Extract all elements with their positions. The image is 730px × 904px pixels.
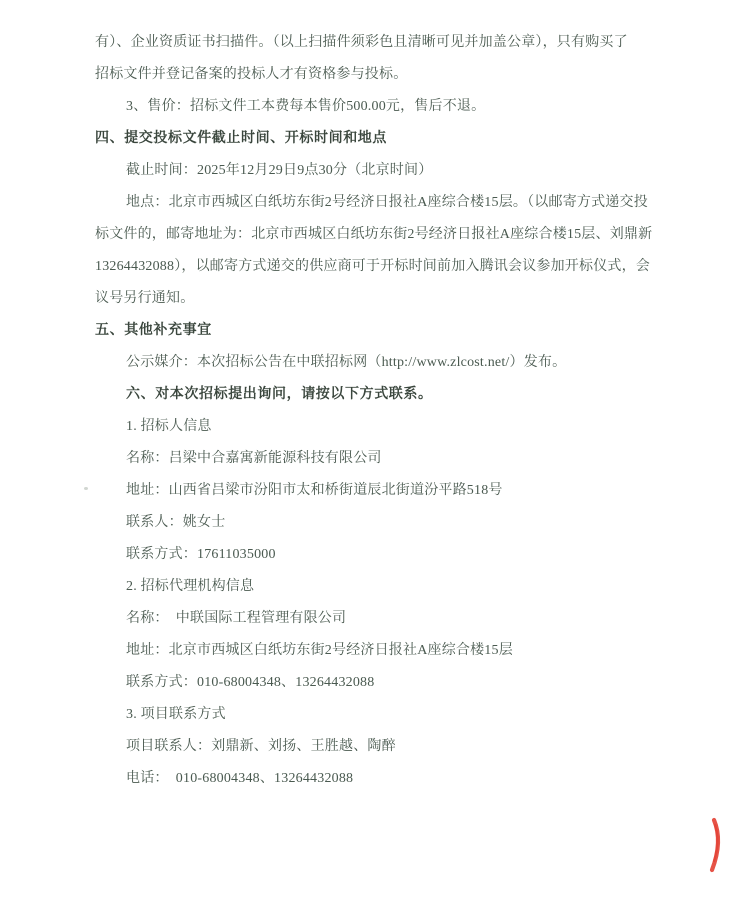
heading-section-6: 六、对本次招标提出询问，请按以下方式联系。 — [95, 379, 655, 411]
document-body: 有）、企业资质证书扫描件。（以上扫描件须彩色且清晰可见并加盖公章），只有购买了 … — [95, 27, 655, 795]
heading-section-4: 四、提交投标文件截止时间、开标时间和地点 — [95, 123, 655, 155]
red-seal-stroke-icon — [702, 813, 726, 877]
line-location-4: 议号另行通知。 — [95, 283, 655, 315]
line-deadline: 截止时间：2025年12月29日9点30分（北京时间） — [95, 155, 655, 187]
line-location-1: 地点：北京市西城区白纸坊东街2号经济日报社A座综合楼15层。（以邮寄方式递交投 — [95, 187, 655, 219]
line-price: 3、售价：招标文件工本费每本售价500.00元，售后不退。 — [95, 91, 655, 123]
line-bidder-name: 名称：吕梁中合嘉寓新能源科技有限公司 — [95, 443, 655, 475]
line-project-contact-title: 3. 项目联系方式 — [95, 699, 655, 731]
line-project-contacts: 项目联系人：刘鼎新、刘扬、王胜越、陶醉 — [95, 731, 655, 763]
line-agency-info-title: 2. 招标代理机构信息 — [95, 571, 655, 603]
line-agency-name: 名称： 中联国际工程管理有限公司 — [95, 603, 655, 635]
line-agency-phone: 联系方式：010-68004348、13264432088 — [95, 667, 655, 699]
line-location-3: 13264432088），以邮寄方式递交的供应商可于开标时间前加入腾讯会议参加开… — [95, 251, 655, 283]
line-project-phone: 电话： 010-68004348、13264432088 — [95, 763, 655, 795]
line-registration-note: 招标文件并登记备案的投标人才有资格参与投标。 — [95, 59, 655, 91]
line-bidder-contact-person: 联系人：姚女士 — [95, 507, 655, 539]
scan-artifact-dot — [84, 487, 88, 490]
scanned-document-page: 有）、企业资质证书扫描件。（以上扫描件须彩色且清晰可见并加盖公章），只有购买了 … — [0, 0, 730, 904]
line-bidder-address: 地址：山西省吕梁市汾阳市太和桥街道辰北街道汾平路518号 — [95, 475, 655, 507]
line-bidder-phone: 联系方式：17611035000 — [95, 539, 655, 571]
line-publicity-media: 公示媒介：本次招标公告在中联招标网（http://www.zlcost.net/… — [95, 347, 655, 379]
line-agency-address: 地址：北京市西城区白纸坊东街2号经济日报社A座综合楼15层 — [95, 635, 655, 667]
heading-section-5: 五、其他补充事宜 — [95, 315, 655, 347]
line-location-2: 标文件的，邮寄地址为：北京市西城区白纸坊东街2号经济日报社A座综合楼15层、刘鼎… — [95, 219, 655, 251]
line-qualification-scan: 有）、企业资质证书扫描件。（以上扫描件须彩色且清晰可见并加盖公章），只有购买了 — [95, 27, 655, 59]
line-bidder-info-title: 1. 招标人信息 — [95, 411, 655, 443]
